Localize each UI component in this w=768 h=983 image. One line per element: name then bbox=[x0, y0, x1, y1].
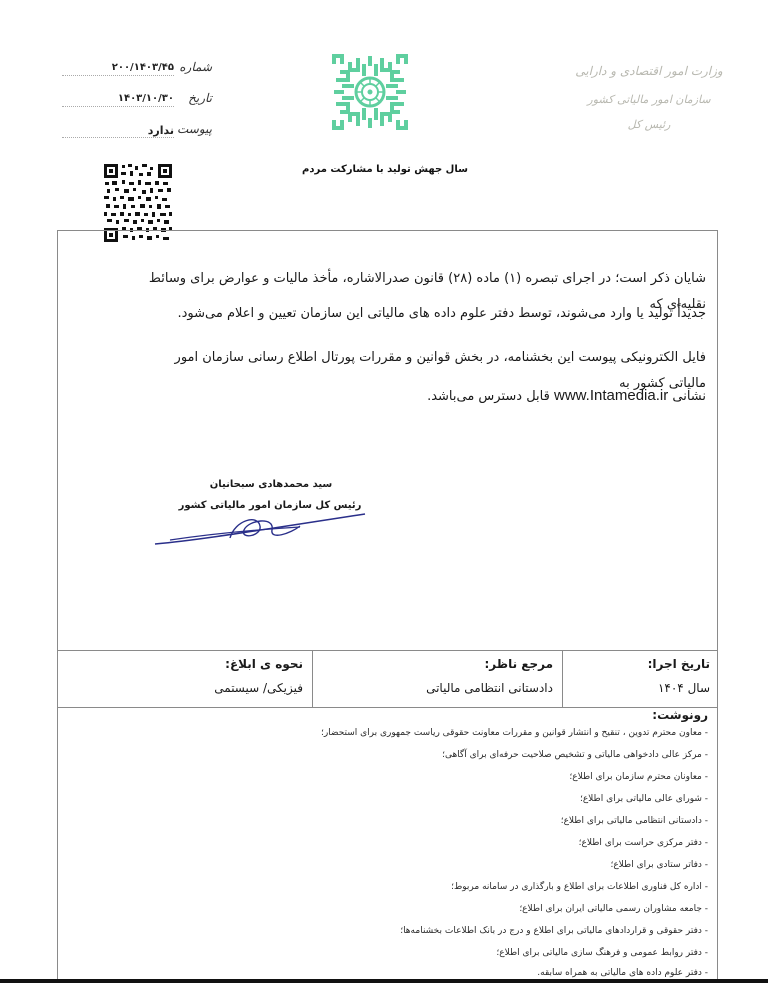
execution-date-cell: تاریخ اجرا: سال ۱۴۰۴ bbox=[563, 651, 718, 707]
dotted-line bbox=[62, 75, 174, 76]
cc-item: - دفتر علوم داده های مالیاتی به همراه سا… bbox=[537, 968, 708, 978]
supervisor-value: دادستانی انتظامی مالیاتی bbox=[426, 681, 553, 695]
supervisor-cell: مرجع ناظر: دادستانی انتظامی مالیاتی bbox=[313, 651, 561, 707]
cc-item: - معاون محترم تدوین ، تنقیح و انتشار قوا… bbox=[321, 728, 708, 738]
dotted-line bbox=[62, 137, 174, 138]
circular-info-table: تاریخ اجرا: سال ۱۴۰۴ مرجع ناظر: دادستانی… bbox=[57, 650, 718, 708]
notification-method-label: نحوه ی ابلاغ: bbox=[225, 657, 303, 671]
letter-date-row: تاریخ ۱۴۰۳/۱۰/۳۰ bbox=[62, 91, 212, 109]
cc-item: - دفاتر ستادی برای اطلاع؛ bbox=[610, 860, 708, 870]
head-title: رئیس کل bbox=[564, 118, 734, 131]
table-divider bbox=[312, 651, 314, 707]
tax-organization-logo bbox=[330, 52, 410, 132]
letter-number-label: شماره bbox=[179, 60, 212, 74]
cc-item: - دفتر روابط عمومی و فرهنگ سازی مالیاتی … bbox=[496, 948, 708, 958]
organization-name: سازمان امور مالیاتی کشور bbox=[564, 93, 734, 106]
year-slogan: سال جهش تولید با مشارکت مردم bbox=[300, 164, 470, 175]
screenshot-bottom-edge bbox=[0, 979, 768, 983]
letter-number-row: شماره ۲۰۰/۱۴۰۳/۴۵ bbox=[62, 60, 212, 78]
notification-method-cell: نحوه ی ابلاغ: فیزیکی/ سیستمی bbox=[61, 651, 311, 707]
letter-date-label: تاریخ bbox=[188, 91, 212, 105]
link-suffix: قابل دسترس می‌باشد. bbox=[427, 389, 550, 404]
attachment-label: پیوست bbox=[177, 122, 212, 136]
supervisor-label: مرجع ناظر: bbox=[485, 657, 554, 671]
cc-item: - شورای عالی مالیاتی برای اطلاع؛ bbox=[580, 794, 708, 804]
link-prefix: نشانی bbox=[672, 389, 706, 404]
execution-date-value: سال ۱۴۰۴ bbox=[658, 681, 710, 695]
portal-link[interactable]: www.Intamedia.ir bbox=[554, 387, 668, 404]
notification-method-value: فیزیکی/ سیستمی bbox=[214, 681, 303, 695]
cc-item: - جامعه مشاوران رسمی مالیاتی ایران برای … bbox=[519, 904, 708, 914]
execution-date-label: تاریخ اجرا: bbox=[648, 657, 710, 671]
cc-item: - دفتر حقوقی و قراردادهای مالیاتی برای ا… bbox=[400, 926, 708, 936]
letter-date-value: ۱۴۰۳/۱۰/۳۰ bbox=[118, 93, 174, 104]
attachment-value: ندارد bbox=[148, 124, 174, 137]
cc-item: - اداره کل فناوری اطلاعات برای اطلاع و ب… bbox=[451, 882, 708, 892]
signatory-name: سید محمدهادی سبحانیان bbox=[186, 479, 356, 490]
body-paragraph-1-line-2: جدیداً تولید یا وارد می‌شوند، توسط دفتر … bbox=[146, 301, 706, 327]
dotted-line bbox=[62, 106, 174, 107]
table-divider bbox=[562, 651, 564, 707]
cc-item: - مرکز عالی دادخواهی مالیاتی و تشخیص صلا… bbox=[442, 750, 708, 760]
letter-number-value: ۲۰۰/۱۴۰۳/۴۵ bbox=[112, 62, 174, 73]
ministry-name: وزارت امور اقتصادی و دارایی bbox=[564, 64, 734, 78]
cc-item: - دفتر مرکزی حراست برای اطلاع؛ bbox=[579, 838, 708, 848]
letter-attachment-row: پیوست ندارد bbox=[62, 122, 212, 140]
cc-title: رونوشت: bbox=[652, 708, 708, 722]
cc-item: - معاونان محترم سازمان برای اطلاع؛ bbox=[569, 772, 708, 782]
signature-scribble bbox=[150, 500, 370, 550]
cc-item: - دادستانی انتظامی مالیاتی برای اطلاع؛ bbox=[561, 816, 708, 826]
letter-body-frame bbox=[57, 230, 718, 983]
body-paragraph-2-line-2: نشانی www.Intamedia.ir قابل دسترس می‌باش… bbox=[146, 383, 706, 410]
